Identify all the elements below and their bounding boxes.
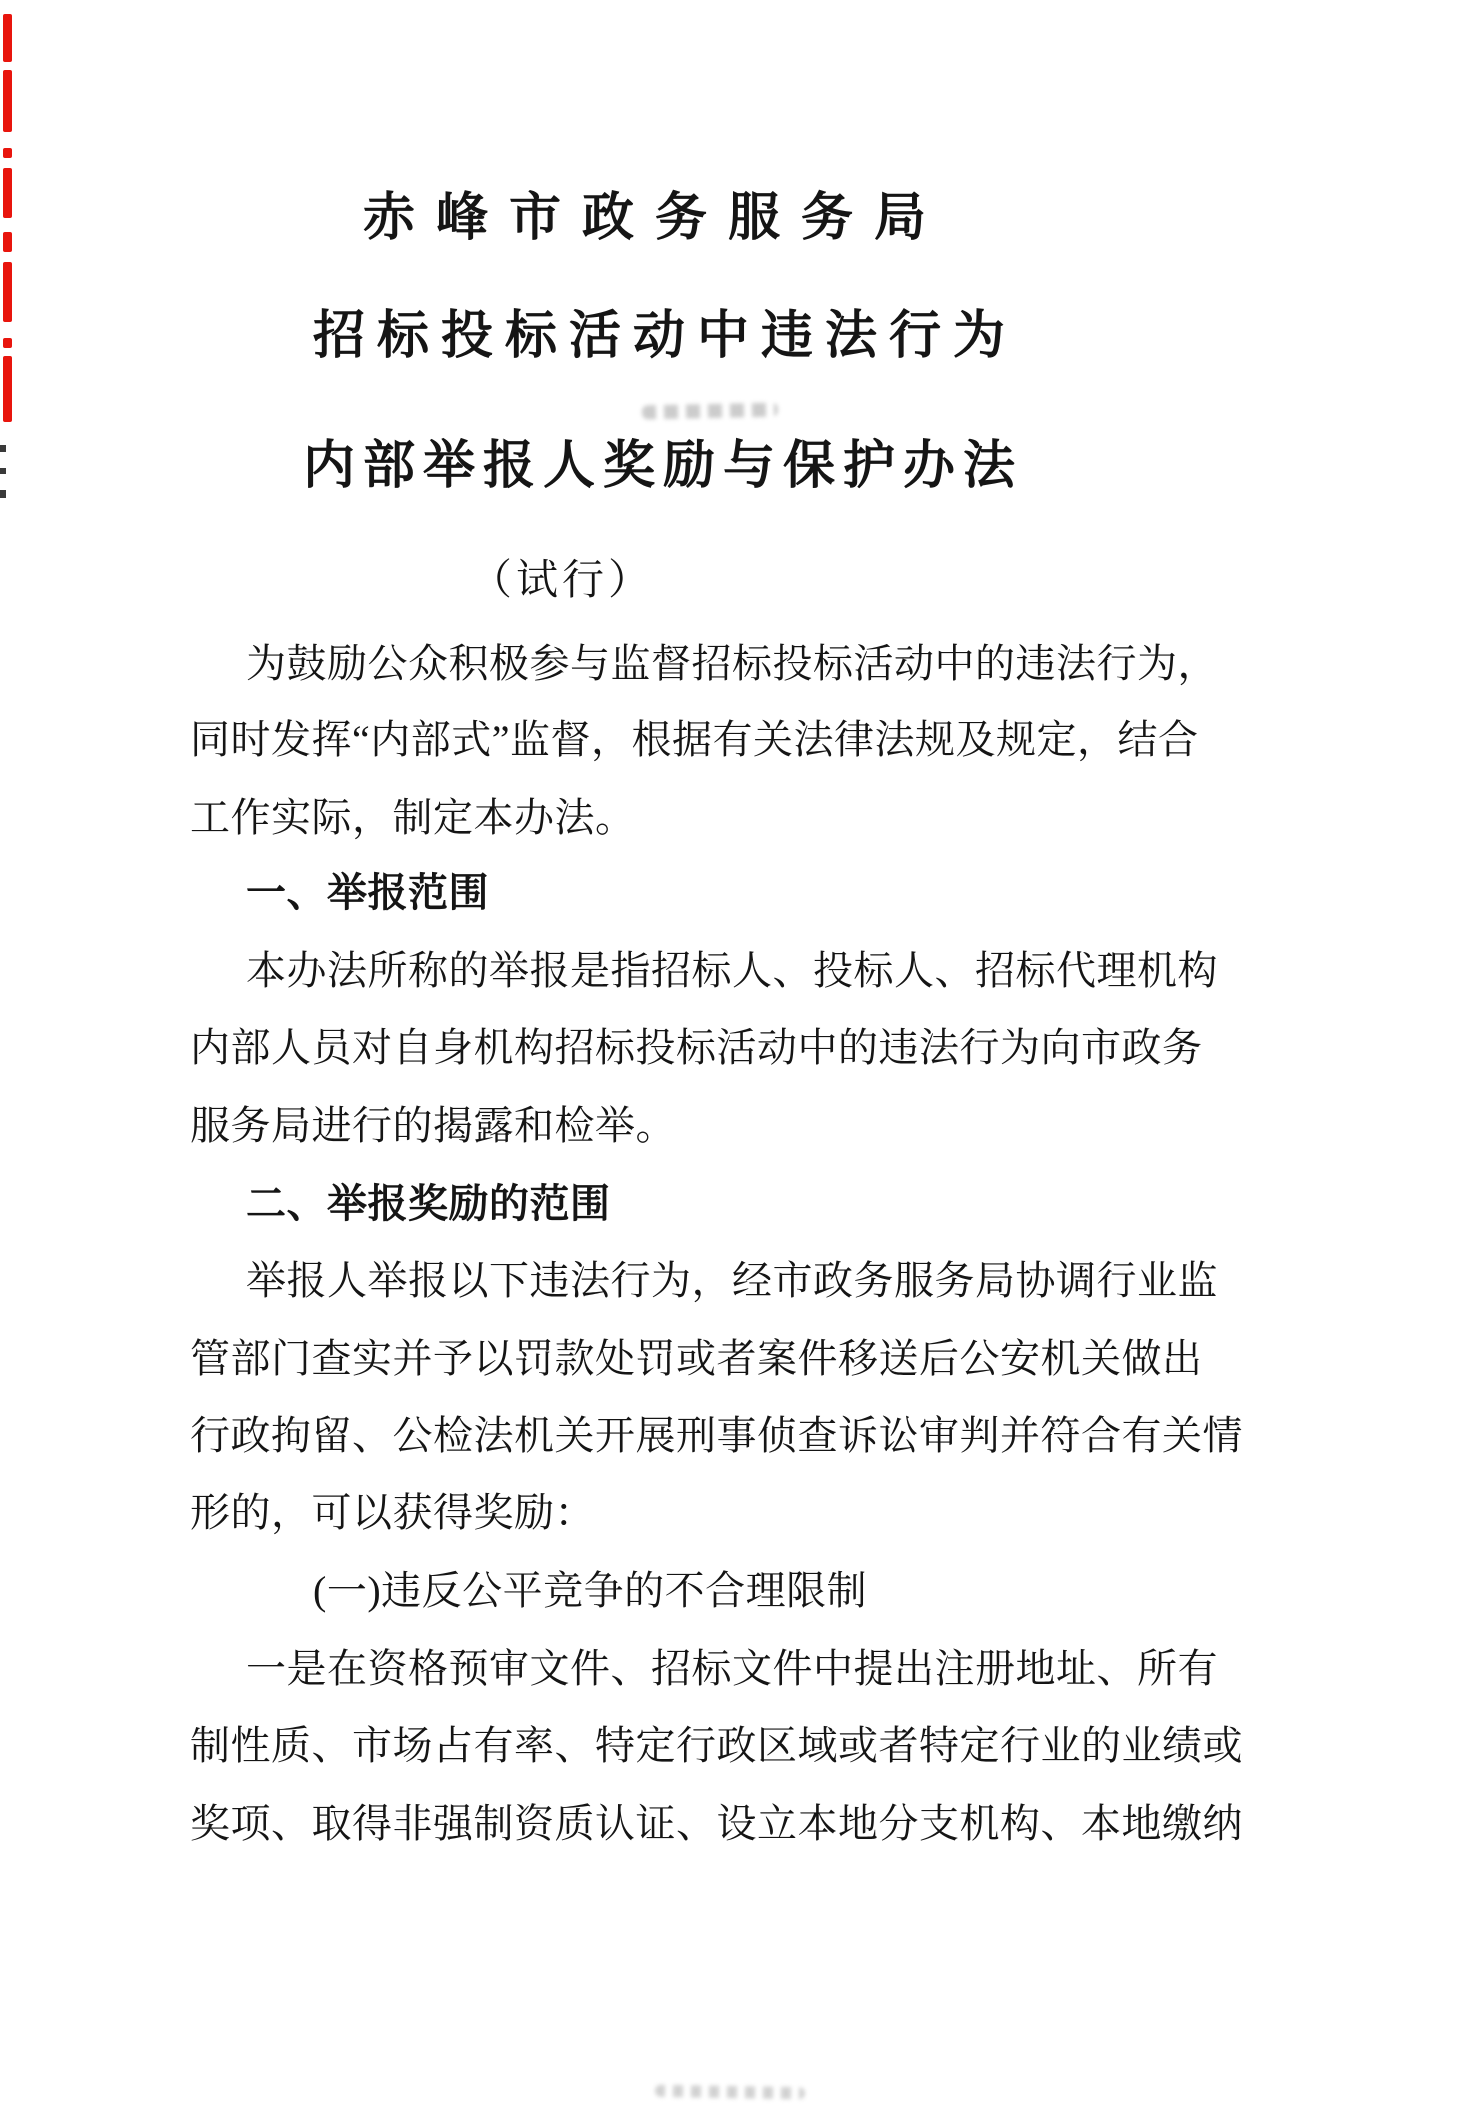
body-line: 举报人举报以下违法行为，经市政务服务局协调行业监 — [246, 1261, 1218, 1301]
red-scan-mark — [3, 356, 12, 422]
doc-subtitle-trial: （试行） — [470, 560, 654, 602]
dark-scan-mark — [0, 468, 6, 474]
body-line: 管部门查实并予以罚款处罚或者案件移送后公安机关做出 — [190, 1339, 1203, 1379]
red-scan-mark — [3, 148, 12, 158]
body-line: 一是在资格预审文件、招标文件中提出注册地址、所有 — [246, 1649, 1218, 1689]
body-line: 行政拘留、公检法机关开展刑事侦查诉讼审判并符合有关情 — [190, 1416, 1243, 1456]
doc-title-line-2: 招标投标活动中违法行为 — [313, 310, 1017, 362]
body-line: 服务局进行的揭露和检举。 — [190, 1106, 676, 1146]
doc-title-line-1: 赤峰市政务服务局 — [363, 192, 947, 244]
body-line: 同时发挥“内部式”监督，根据有关法律法规及规定，结合 — [190, 720, 1199, 760]
dark-scan-mark — [0, 445, 6, 452]
scanned-document-page: 赤峰市政务服务局 招标投标活动中违法行为 内部举报人奖励与保护办法 （试行） 为… — [0, 0, 1482, 2110]
section-heading-2: 二、举报奖励的范围 — [246, 1184, 611, 1224]
red-scan-mark — [3, 14, 12, 62]
list-item-1-heading: (一)违反公平竞争的不合理限制 — [313, 1571, 867, 1611]
red-scan-mark — [3, 232, 12, 252]
body-line: 奖项、取得非强制资质认证、设立本地分支机构、本地缴纳 — [190, 1804, 1243, 1844]
body-line: 制性质、市场占有率、特定行政区域或者特定行业的业绩或 — [190, 1726, 1243, 1766]
gray-smudge-artifact — [642, 403, 778, 420]
body-line: 内部人员对自身机构招标投标活动中的违法行为向市政务 — [190, 1028, 1203, 1068]
dark-scan-mark — [0, 490, 6, 498]
doc-title-line-3: 内部举报人奖励与保护办法 — [303, 440, 1023, 492]
section-heading-1: 一、举报范围 — [246, 873, 489, 913]
body-line: 工作实际，制定本办法。 — [190, 798, 636, 838]
body-line: 形的，可以获得奖励： — [190, 1493, 595, 1533]
body-line: 本办法所称的举报是指招标人、投标人、招标代理机构 — [246, 951, 1218, 991]
body-line: 为鼓励公众积极参与监督招标投标活动中的违法行为， — [246, 644, 1218, 684]
red-scan-mark — [3, 168, 12, 218]
red-scan-mark — [3, 70, 12, 132]
red-scan-mark — [3, 338, 12, 348]
gray-smudge-artifact — [655, 2085, 805, 2100]
red-scan-mark — [3, 262, 12, 322]
